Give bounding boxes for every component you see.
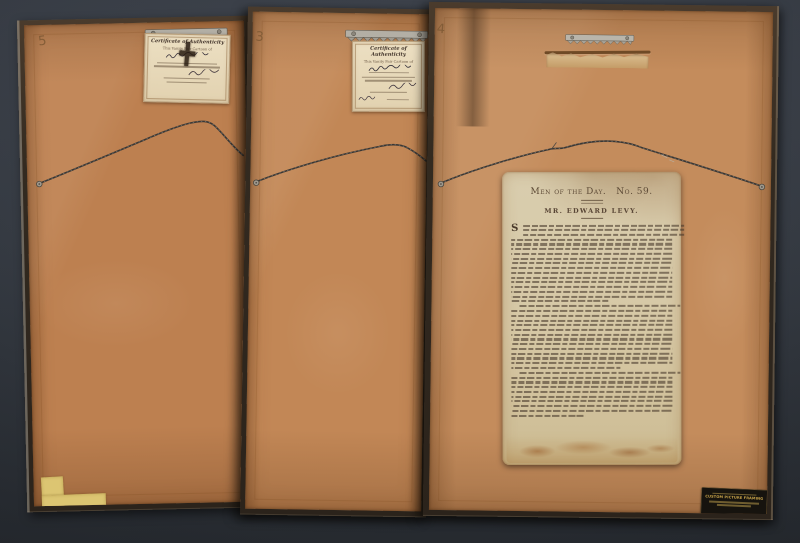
frame-1-kraft-backing: 5 Certificate of Authenticity This Vanit… <box>24 21 254 507</box>
text-line <box>511 276 672 278</box>
subtitle-rule <box>581 217 603 218</box>
page-subtitle: MR. EDWARD LEVY. <box>502 207 681 214</box>
text-line <box>511 334 672 336</box>
frame-3-paper-tear-flap <box>546 52 648 68</box>
paragraph-dropcap: S <box>511 224 518 234</box>
text-line <box>511 300 609 302</box>
text-line <box>511 414 585 416</box>
text-line <box>511 400 672 402</box>
frame-2-back: 3 Certificate of Authenticity This Vanit… <box>240 7 434 518</box>
text-line <box>511 315 672 317</box>
text-line <box>511 405 672 407</box>
text-line <box>511 253 672 255</box>
text-line <box>511 281 672 283</box>
text-line <box>511 310 672 312</box>
text-line <box>511 381 672 383</box>
text-line <box>511 395 672 397</box>
frame-3-kraft-backing: 4 <box>429 8 773 514</box>
text-line <box>511 352 672 354</box>
page-title-text: Men of the Day. <box>531 187 607 197</box>
page-title-number: No. 59. <box>616 187 652 197</box>
text-line <box>511 262 672 264</box>
men-of-the-day-page: Men of the Day.No. 59. MR. EDWARD LEVY. … <box>502 172 682 465</box>
text-line <box>523 234 684 236</box>
text-line <box>511 367 620 369</box>
frame-3-back: 4 <box>423 2 779 520</box>
photograph-of-three-framed-prints-back: 5 Certificate of Authenticity This Vanit… <box>0 0 800 543</box>
page-title: Men of the Day.No. 59. <box>502 187 681 197</box>
text-line <box>511 286 672 288</box>
paragraph <box>511 372 672 417</box>
frame-1-certificate-of-authenticity: Certificate of Authenticity This Vanity … <box>143 33 231 104</box>
text-line <box>511 343 672 345</box>
text-line <box>511 410 672 412</box>
certificate-border <box>355 44 422 109</box>
text-line <box>511 357 672 359</box>
frame-1-paper-wrinkle <box>38 221 231 385</box>
paragraph: S <box>511 224 672 302</box>
page-bottom-stains <box>507 437 678 463</box>
title-rule <box>581 200 603 204</box>
frame-3-sawtooth-hanger <box>565 33 635 48</box>
text-line <box>511 329 672 331</box>
frame-2-paper-wrinkle <box>266 242 409 444</box>
text-line <box>511 248 672 250</box>
text-line <box>511 272 672 274</box>
text-line <box>511 243 672 245</box>
text-line <box>511 362 672 364</box>
paragraph <box>511 305 672 369</box>
frame-3-corner-number: 4 <box>436 22 445 38</box>
frame-1-tape-patch-horizontal <box>42 493 107 506</box>
text-line <box>511 238 672 240</box>
frame-1-back: 5 Certificate of Authenticity This Vanit… <box>17 16 259 513</box>
text-line <box>511 324 672 326</box>
frame-3-paper-wrinkle <box>670 161 768 422</box>
frame-3-eyelet-screw-right <box>759 184 765 190</box>
page-body-text: S <box>511 224 672 416</box>
frame-1-corner-number: 5 <box>37 33 47 49</box>
text-line <box>511 267 672 269</box>
frame-2-eyelet-screw <box>253 180 259 186</box>
text-line <box>511 338 672 340</box>
text-line <box>511 295 672 297</box>
text-line <box>511 291 672 293</box>
text-line <box>511 319 672 321</box>
text-line <box>523 224 684 226</box>
certificate-dark-stain <box>178 41 196 66</box>
text-line <box>519 372 680 374</box>
text-line <box>511 391 672 393</box>
frame-2-kraft-backing: 3 Certificate of Authenticity This Vanit… <box>245 12 429 512</box>
frame-3-eyelet-screw-left <box>438 181 444 187</box>
text-line <box>511 348 672 350</box>
label-small-text-line <box>717 504 751 507</box>
framer-label: CUSTOM PICTURE FRAMING <box>700 487 767 514</box>
frame-2-corner-number: 3 <box>255 29 264 45</box>
frame-3-paper-tear-slit <box>545 51 651 55</box>
text-line <box>523 229 684 231</box>
text-line <box>511 376 672 378</box>
text-line <box>519 305 680 307</box>
frame-3-shadow-crease <box>456 8 491 126</box>
frame-1-eyelet-screw <box>36 181 42 187</box>
frame-2-certificate-of-authenticity: Certificate of Authenticity This Vanity … <box>352 41 425 112</box>
text-line <box>511 386 672 388</box>
text-line <box>511 257 672 259</box>
